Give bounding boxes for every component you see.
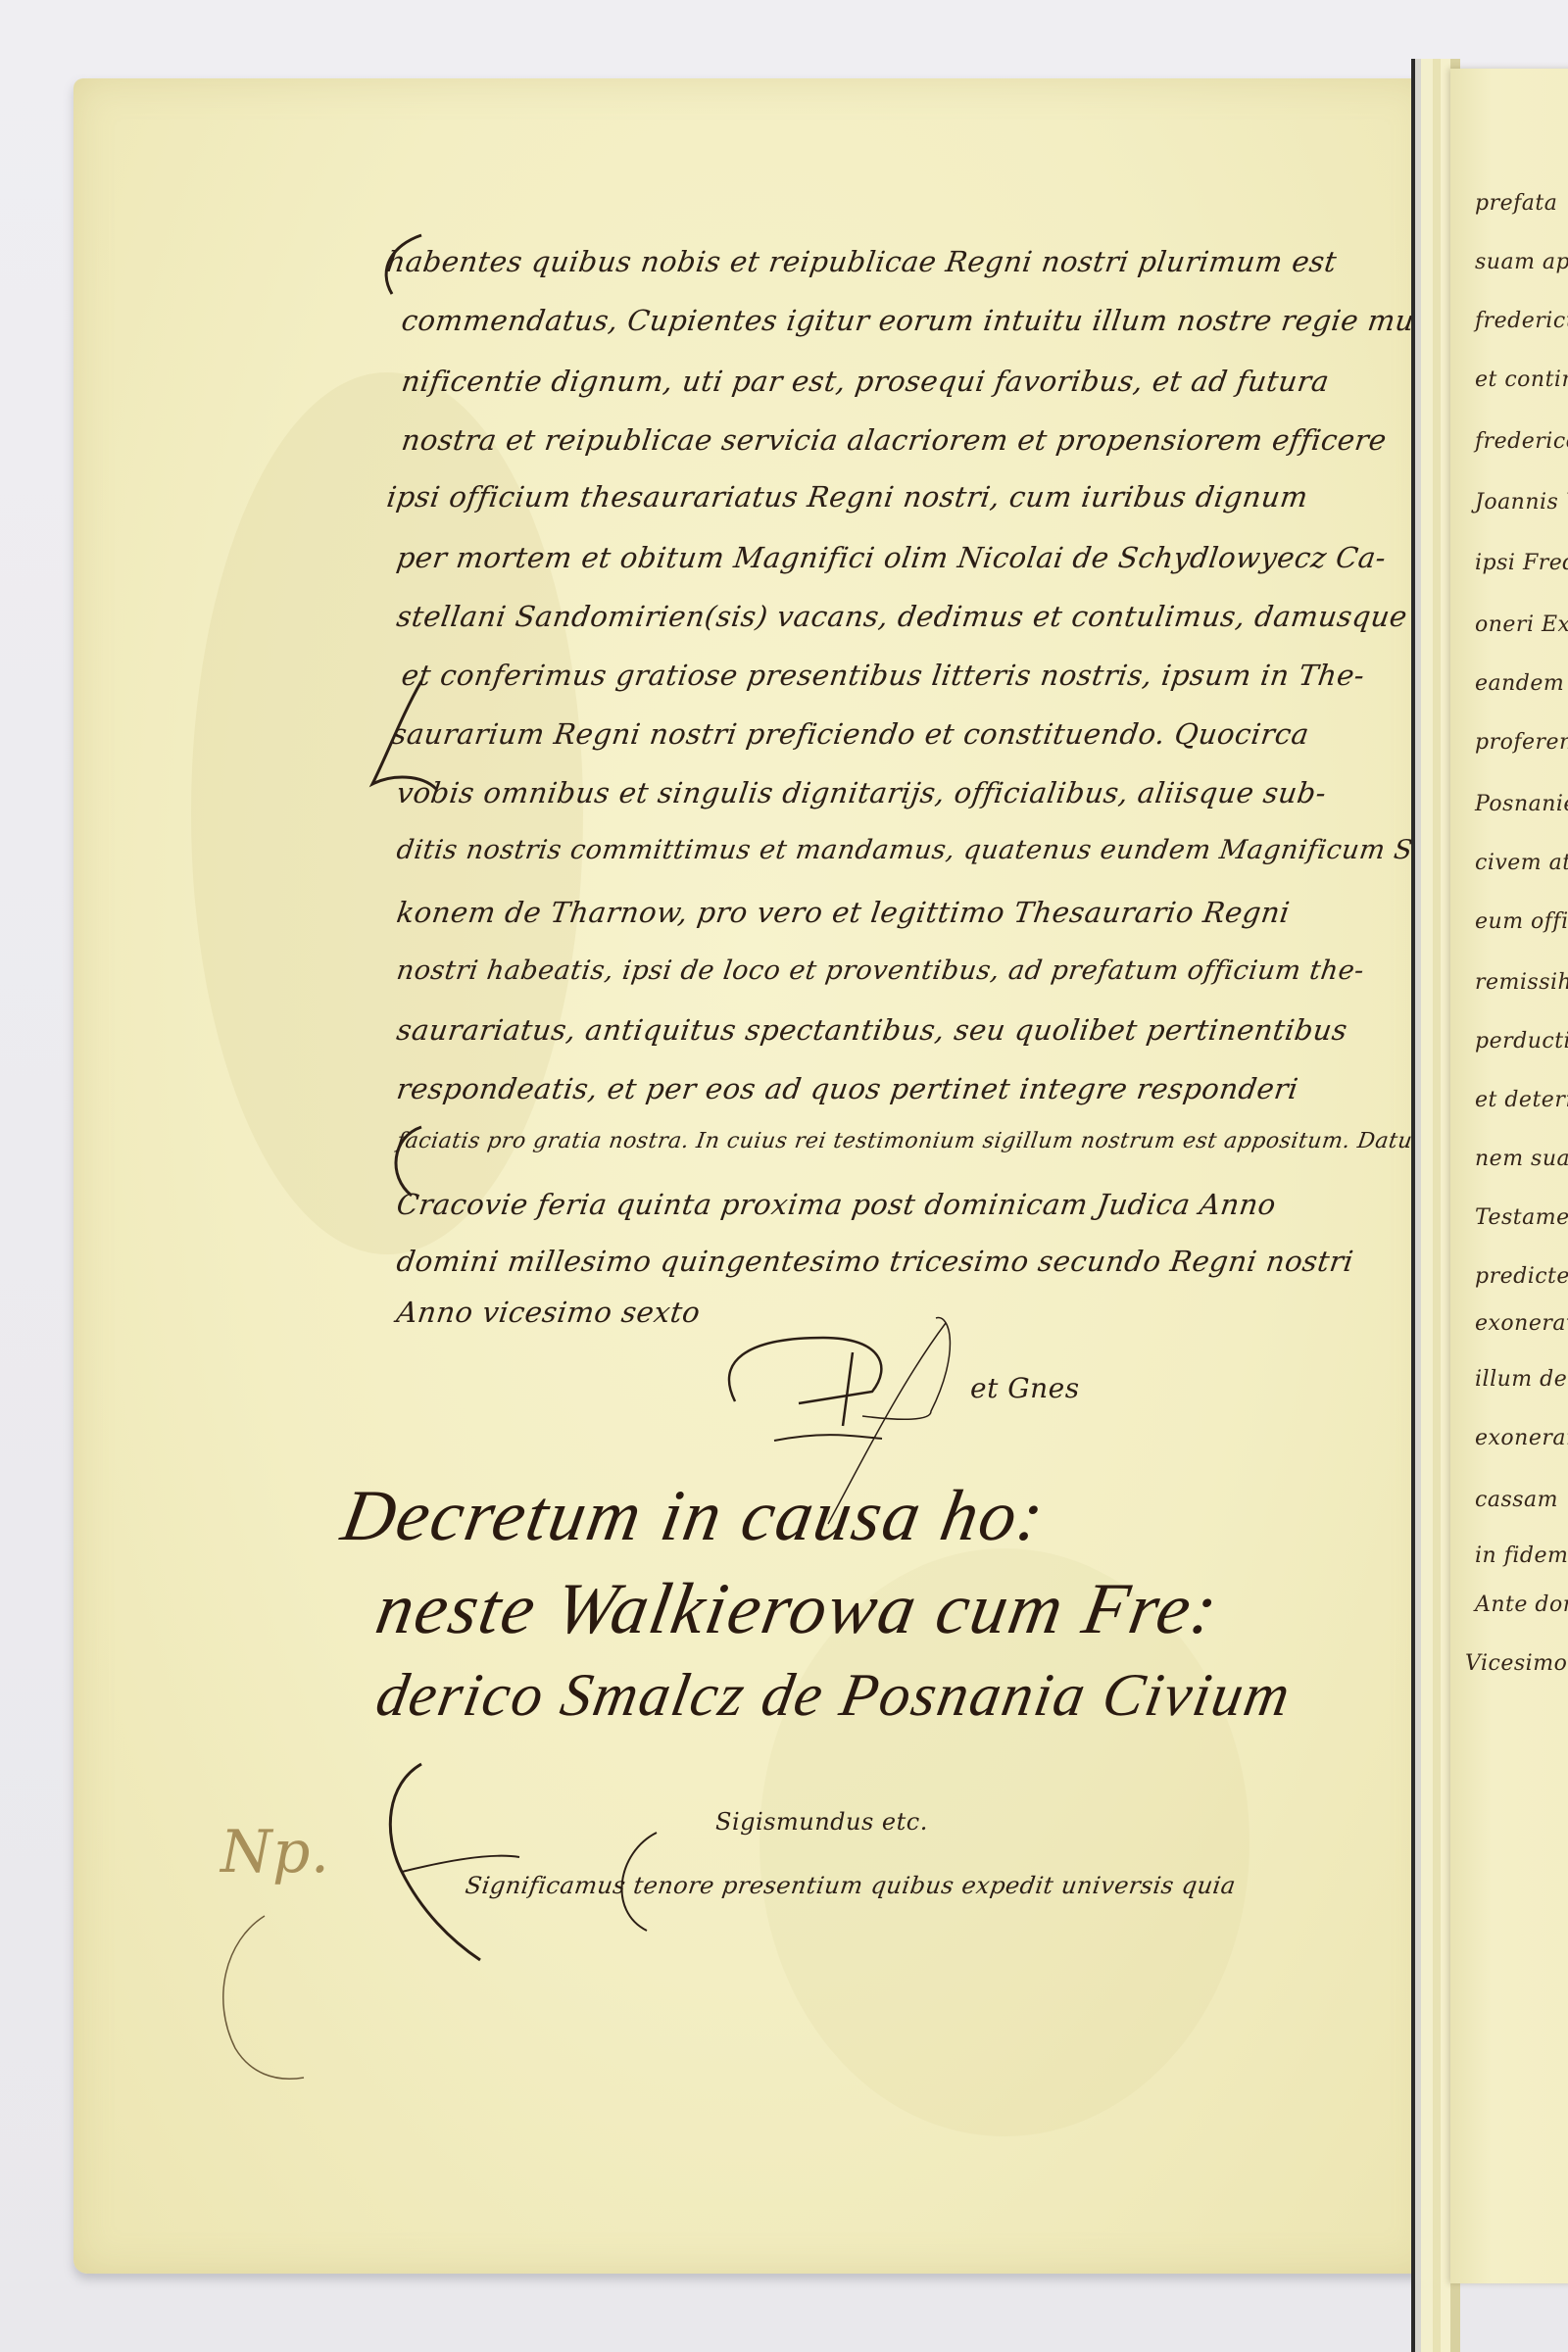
right-fragment: prefata bbox=[1475, 191, 1557, 216]
body-line: saurariatus, antiquitus spectantibus, se… bbox=[395, 1013, 1350, 1047]
margin-note: Np. bbox=[220, 1818, 329, 1886]
right-page bbox=[1450, 69, 1568, 2283]
body-line: nostra et reipublicae servicia alacriore… bbox=[400, 423, 1389, 457]
body-line: ipsi officium thesaurariatus Regni nostr… bbox=[385, 480, 1310, 514]
right-fragment: suam appe bbox=[1475, 250, 1568, 274]
body-line: domini millesimo quingentesimo tricesimo… bbox=[395, 1245, 1356, 1278]
body-line: Cracovie feria quinta proxima post domin… bbox=[395, 1188, 1279, 1221]
right-fragment: oneri Exp bbox=[1475, 612, 1568, 637]
body-line: habentes quibus nobis et reipublicae Reg… bbox=[385, 245, 1340, 278]
right-fragment: ipsi Freder bbox=[1475, 551, 1568, 575]
right-fragment: nem sua bbox=[1475, 1147, 1568, 1171]
right-fragment: frederico b bbox=[1475, 429, 1568, 454]
right-fragment: perductis bbox=[1475, 1029, 1568, 1053]
right-fragment: in fidem bbox=[1475, 1543, 1568, 1568]
body-line: respondeatis, et per eos ad quos pertine… bbox=[395, 1072, 1300, 1105]
right-fragment: et determin bbox=[1475, 1088, 1568, 1112]
right-fragment: et continen bbox=[1475, 367, 1568, 392]
heading-line: derico Smalcz de Posnania Civium bbox=[371, 1661, 1297, 1731]
right-fragment: exoneravi bbox=[1475, 1311, 1568, 1336]
body-line: saurarium Regni nostri preficiendo et co… bbox=[390, 717, 1311, 751]
body-line: stellani Sandomirien(sis) vacans, dedimu… bbox=[395, 600, 1410, 633]
body-line: vobis omnibus et singulis dignitarijs, o… bbox=[395, 776, 1329, 809]
right-fragment: illum debe bbox=[1475, 1367, 1568, 1392]
body-line: per mortem et obitum Magnifici olim Nico… bbox=[395, 541, 1389, 574]
right-fragment: Joannis W bbox=[1475, 490, 1568, 514]
right-fragment: cassam bbox=[1475, 1488, 1558, 1512]
right-fragment: exonerant bbox=[1475, 1426, 1568, 1450]
body-line: et conferimus gratiose presentibus litte… bbox=[400, 659, 1367, 692]
body-line: ditis nostris committimus et mandamus, q… bbox=[395, 835, 1483, 865]
body-line: Anno vicesimo sexto bbox=[395, 1296, 703, 1329]
right-fragment: eandem Mar bbox=[1475, 671, 1568, 696]
left-page bbox=[73, 78, 1431, 2274]
heading-line: Decretum in causa ho: bbox=[336, 1475, 1052, 1558]
right-fragment: remissiha bbox=[1475, 970, 1568, 995]
right-fragment: predicte bbox=[1475, 1264, 1568, 1289]
right-fragment: fredericum bbox=[1475, 309, 1568, 333]
opening-line: Significamus tenore presentium quibus ex… bbox=[464, 1872, 1238, 1899]
heading-line: neste Walkierowa cum Fre: bbox=[370, 1568, 1226, 1651]
body-line: commendatus, Cupientes igitur eorum intu… bbox=[400, 304, 1427, 337]
right-fragment: Vicesimo bbox=[1465, 1651, 1567, 1676]
right-fragment: eum offici bbox=[1475, 909, 1568, 934]
body-line: nificentie dignum, uti par est, prosequi… bbox=[400, 365, 1332, 398]
right-fragment: civem atque bbox=[1475, 851, 1568, 875]
royal-name: Sigismundus etc. bbox=[715, 1808, 928, 1836]
body-line: nostri habeatis, ipsi de loco et provent… bbox=[395, 955, 1366, 986]
body-line: faciatis pro gratia nostra. In cuius rei… bbox=[395, 1129, 1435, 1153]
signature-suffix: et Gnes bbox=[970, 1372, 1080, 1404]
right-fragment: Ante dom bbox=[1475, 1592, 1568, 1617]
body-line: konem de Tharnow, pro vero et legittimo … bbox=[395, 896, 1293, 929]
right-fragment: Posnanien bbox=[1475, 792, 1568, 816]
right-fragment: proferente bbox=[1475, 730, 1568, 755]
right-fragment: Testamentar bbox=[1475, 1205, 1568, 1230]
